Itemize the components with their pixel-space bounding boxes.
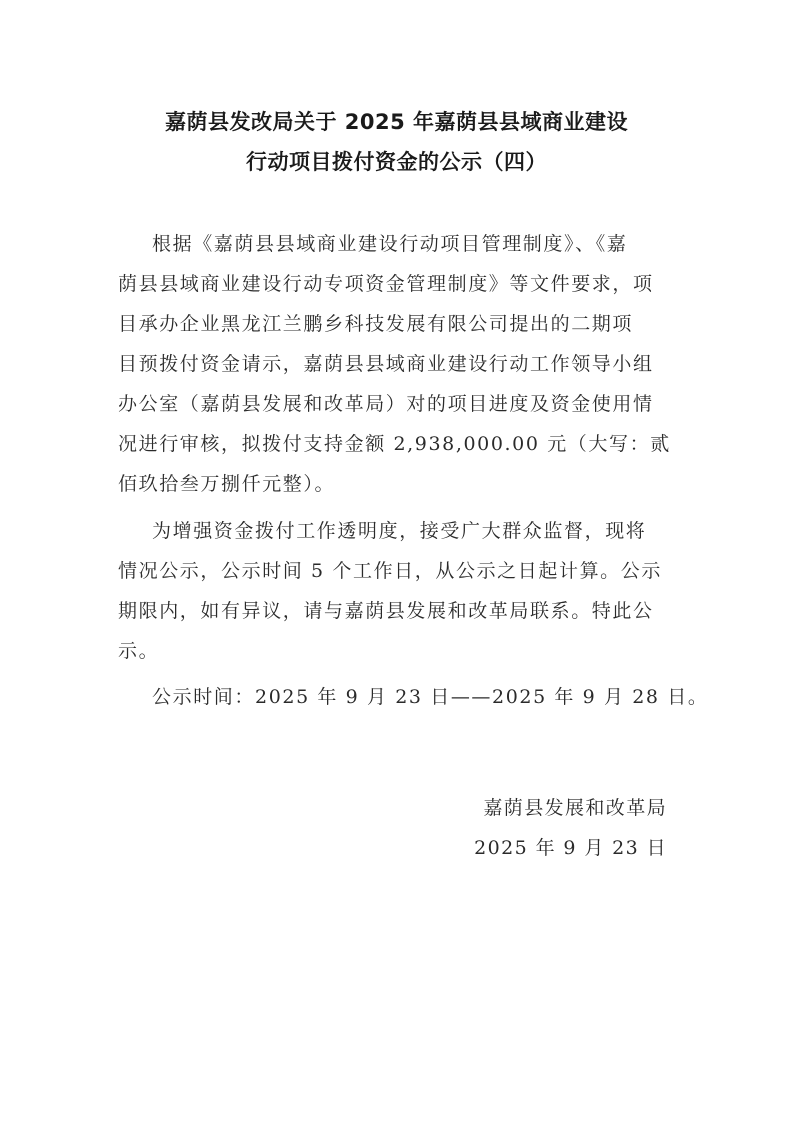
signature-organization: 嘉荫县发展和改革局 xyxy=(483,793,667,820)
paragraph-1-line: 根据《嘉荫县县域商业建设行动项目管理制度》、《嘉 xyxy=(152,235,712,254)
document-page: 嘉荫县发改局关于 2025 年嘉荫县县域商业建设 行动项目拨付资金的公示（四） … xyxy=(0,0,793,1122)
document-title-line-1: 嘉荫县发改局关于 2025 年嘉荫县县域商业建设 xyxy=(0,106,793,136)
document-title-line-2: 行动项目拨付资金的公示（四） xyxy=(0,146,793,176)
paragraph-1-line: 目预拨付资金请示，嘉荫县县域商业建设行动工作领导小组 xyxy=(118,355,678,374)
paragraph-1-line: 目承办企业黑龙江兰鹏乡科技发展有限公司提出的二期项 xyxy=(118,315,678,334)
publicity-period-line: 公示时间：2025 年 9 月 23 日——2025 年 9 月 28 日。 xyxy=(152,688,712,707)
paragraph-2-line: 情况公示，公示时间 5 个工作日，从公示之日起计算。公示 xyxy=(118,562,678,581)
paragraph-1-line: 荫县县域商业建设行动专项资金管理制度》等文件要求，项 xyxy=(118,275,678,294)
paragraph-1-line: 办公室（嘉荫县发展和改革局）对的项目进度及资金使用情 xyxy=(118,395,678,414)
paragraph-2-line: 期限内，如有异议，请与嘉荫县发展和改革局联系。特此公 xyxy=(118,602,678,621)
paragraph-1-line: 佰玖拾叁万捌仟元整）。 xyxy=(118,475,678,494)
paragraph-2-line: 示。 xyxy=(118,642,678,661)
paragraph-2-line: 为增强资金拨付工作透明度，接受广大群众监督，现将 xyxy=(152,522,712,541)
paragraph-1-line: 况进行审核，拟拨付支持金额 2,938,000.00 元（大写：贰 xyxy=(118,435,678,454)
signature-date: 2025 年 9 月 23 日 xyxy=(474,833,667,860)
